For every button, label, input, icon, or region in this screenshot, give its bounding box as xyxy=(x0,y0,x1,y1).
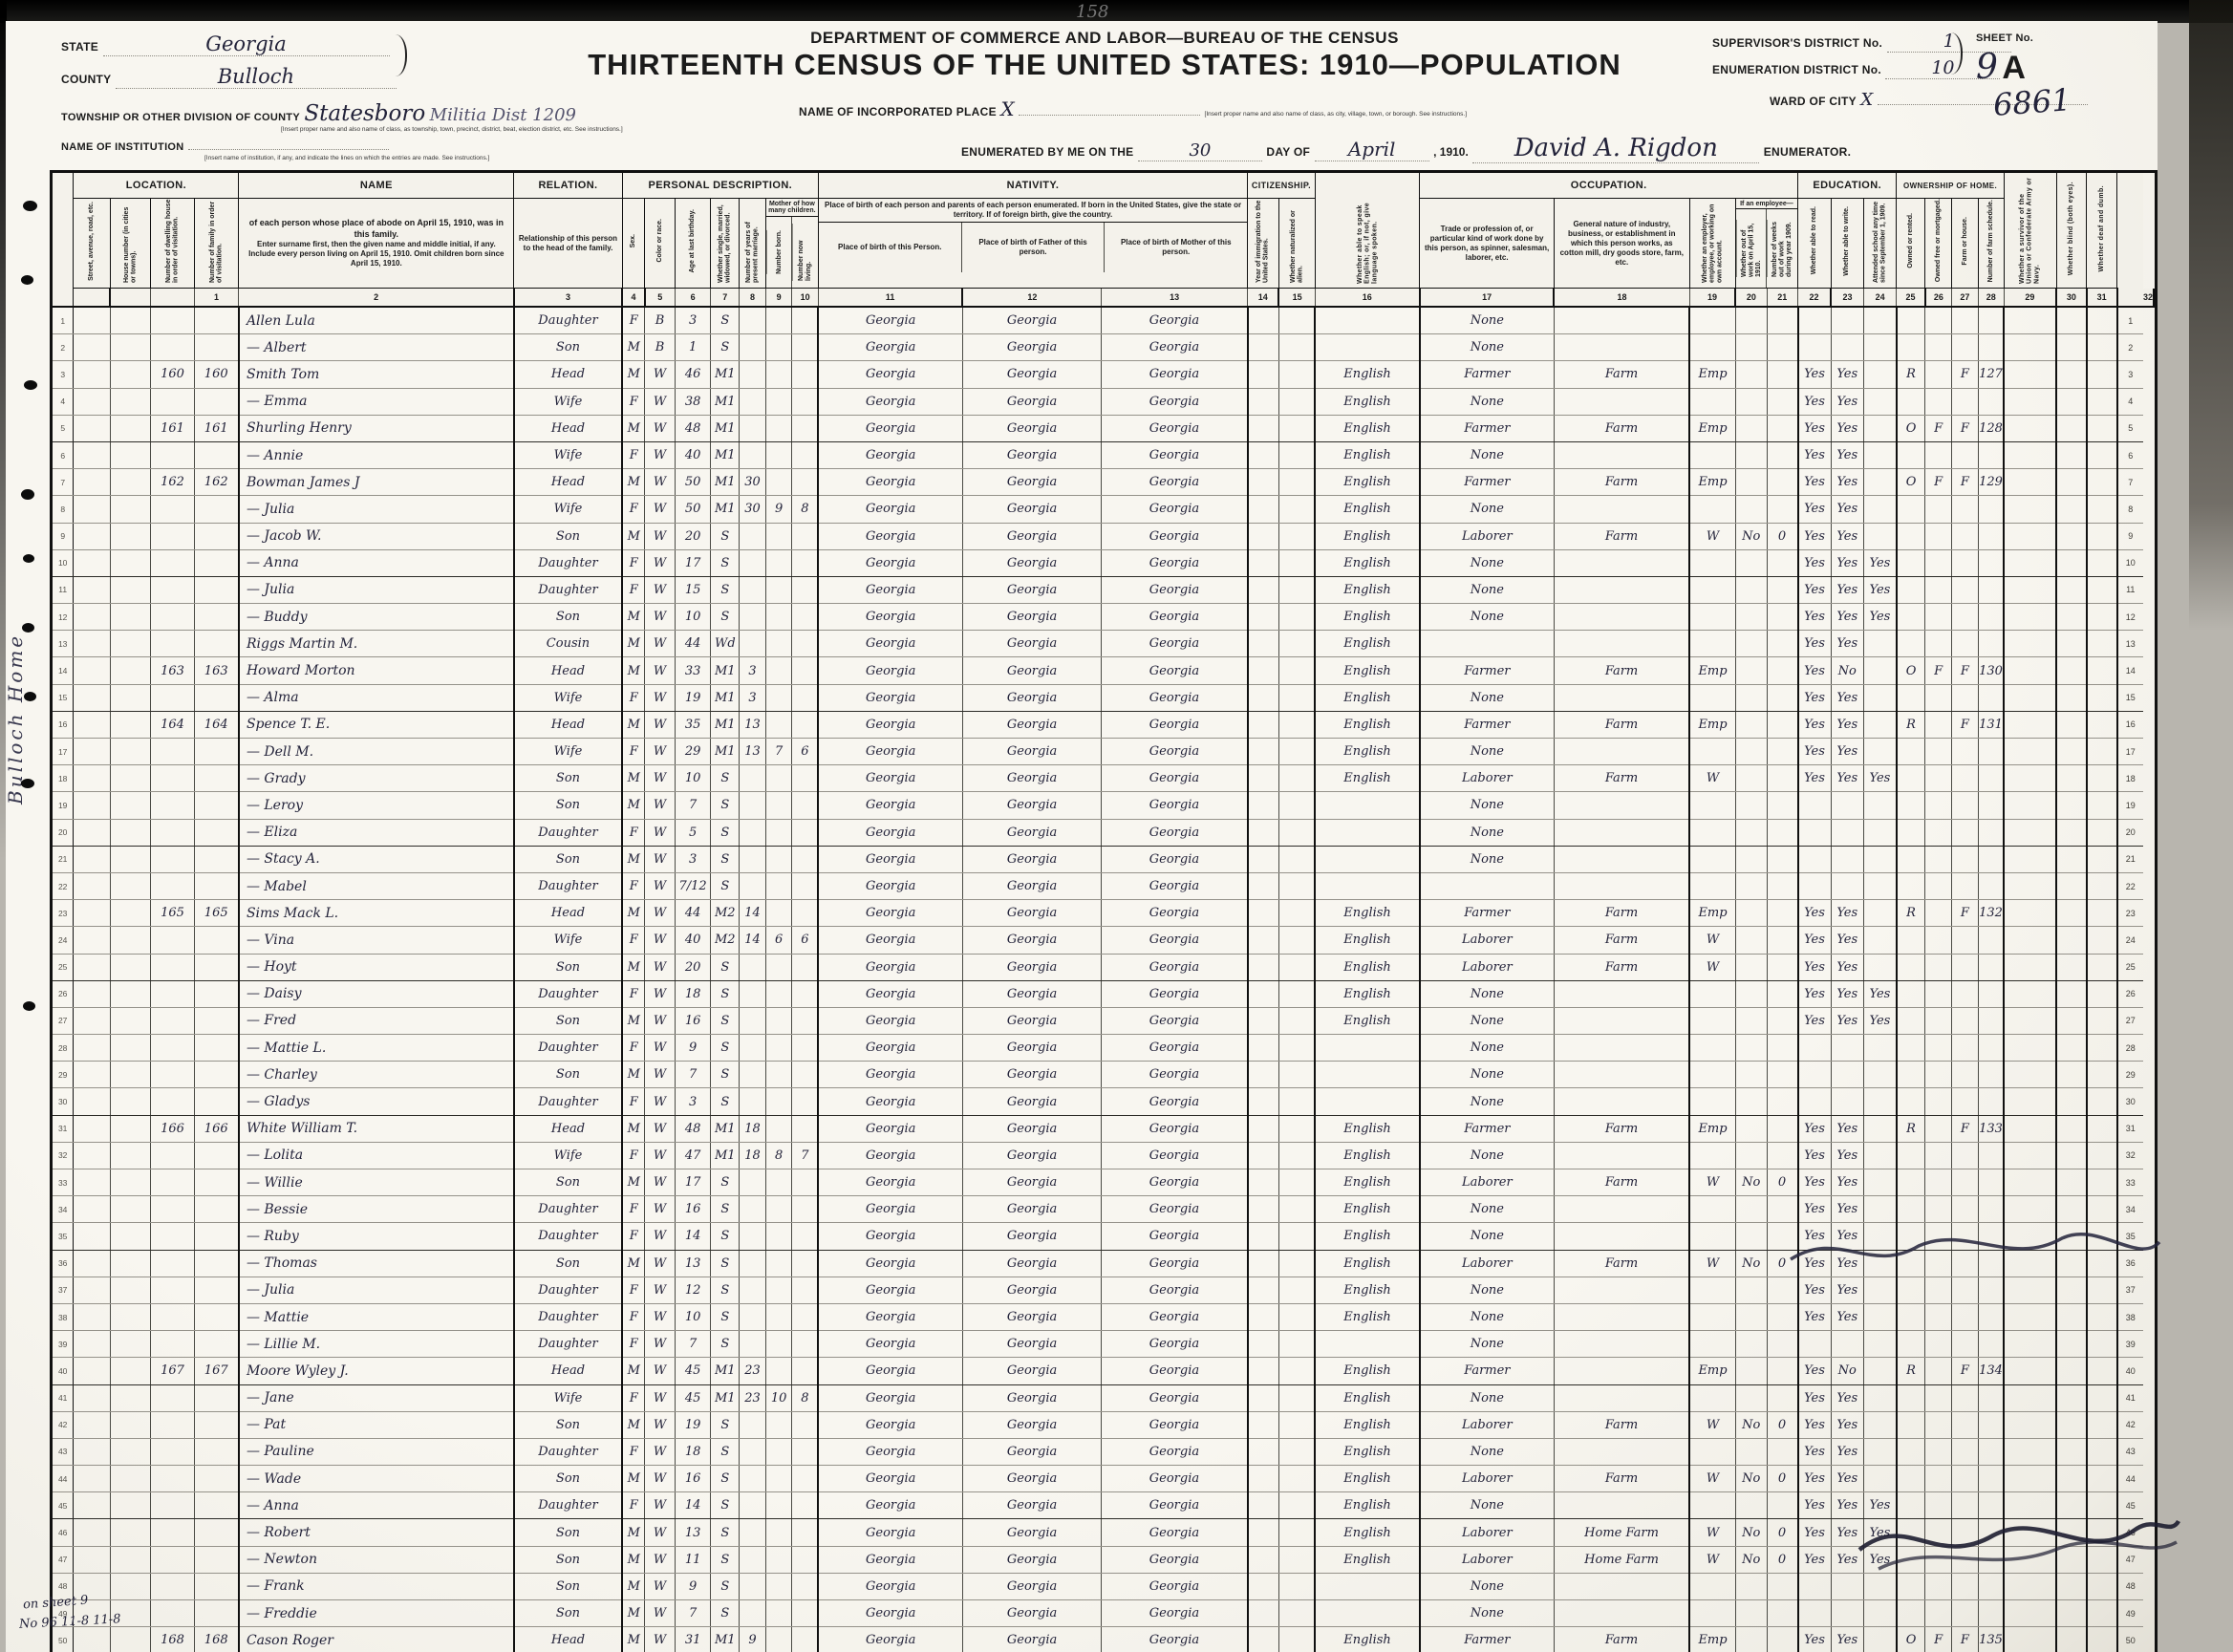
table-row: 8— JuliaWifeFW50M13098GeorgiaGeorgiaGeor… xyxy=(52,496,2157,523)
cell: Georgia xyxy=(1102,1519,1248,1546)
cell xyxy=(74,927,110,954)
cell: 168 xyxy=(151,1627,194,1652)
cell: Georgia xyxy=(962,1142,1101,1169)
cell xyxy=(1925,739,1952,765)
cell xyxy=(1248,1546,1279,1573)
cell: English xyxy=(1315,1223,1420,1250)
cell: 33 xyxy=(675,657,711,684)
cell xyxy=(151,1277,194,1303)
cell xyxy=(1767,1303,1798,1330)
cell: W xyxy=(645,711,675,738)
cell xyxy=(2087,1169,2117,1196)
cell xyxy=(194,1303,239,1330)
cell xyxy=(765,1277,792,1303)
cell: — Thomas xyxy=(239,1250,514,1277)
cell: Georgia xyxy=(1102,1303,1248,1330)
cell: W xyxy=(645,1627,675,1652)
cell xyxy=(1897,792,1925,819)
line-number: 26 xyxy=(2117,980,2143,1007)
cell xyxy=(1278,604,1315,631)
cell: Georgia xyxy=(818,334,962,361)
cell: F xyxy=(622,1223,645,1250)
line-number: 43 xyxy=(52,1438,74,1465)
cell xyxy=(110,1088,151,1115)
cell xyxy=(194,388,239,415)
cell xyxy=(1554,604,1689,631)
brace-decoration xyxy=(396,34,407,76)
table-row: 12— BuddySonMW10SGeorgiaGeorgiaGeorgiaEn… xyxy=(52,604,2157,631)
cell xyxy=(110,980,151,1007)
cell xyxy=(740,954,766,980)
cell: Georgia xyxy=(818,739,962,765)
cell xyxy=(1925,1062,1952,1088)
cell xyxy=(194,1411,239,1438)
cell: English xyxy=(1315,1007,1420,1034)
cell: Georgia xyxy=(962,469,1101,496)
cell xyxy=(1689,819,1735,846)
cell xyxy=(1278,1035,1315,1062)
cell: None xyxy=(1420,1492,1555,1519)
cell xyxy=(1248,576,1279,603)
cell xyxy=(1767,846,1798,872)
cell xyxy=(110,657,151,684)
cell xyxy=(110,1438,151,1465)
cell xyxy=(1951,334,1978,361)
cell xyxy=(1735,334,1767,361)
cell xyxy=(74,792,110,819)
cell xyxy=(765,1358,792,1384)
cell xyxy=(740,388,766,415)
table-row: 3160160Smith TomHeadMW46M1GeorgiaGeorgia… xyxy=(52,361,2157,388)
cell xyxy=(74,1142,110,1169)
cell xyxy=(2087,765,2117,792)
cell xyxy=(1315,792,1420,819)
cell xyxy=(792,980,818,1007)
cell xyxy=(2056,1627,2087,1652)
cell xyxy=(2087,1062,2117,1088)
cell: Yes xyxy=(1863,980,1896,1007)
cell xyxy=(1554,1062,1689,1088)
cell xyxy=(1897,1411,1925,1438)
cell xyxy=(1863,846,1896,872)
cell xyxy=(765,684,792,711)
day-of-label: DAY OF xyxy=(1266,145,1310,159)
cell: — Newton xyxy=(239,1546,514,1573)
cell: Georgia xyxy=(818,576,962,603)
cell xyxy=(1951,927,1978,954)
cell xyxy=(2056,388,2087,415)
cell xyxy=(2056,1142,2087,1169)
cell: Yes xyxy=(1798,496,1831,523)
cell: 15 xyxy=(675,576,711,603)
line-number: 14 xyxy=(2117,657,2143,684)
cell xyxy=(1798,1088,1831,1115)
cell xyxy=(74,388,110,415)
cell xyxy=(1798,1062,1831,1088)
cell: Georgia xyxy=(818,1062,962,1088)
cell: 3 xyxy=(740,684,766,711)
cell: 9 xyxy=(765,496,792,523)
cell: Yes xyxy=(1831,388,1863,415)
cell xyxy=(1767,1438,1798,1465)
cell xyxy=(151,1519,194,1546)
cell: Yes xyxy=(1798,1115,1831,1142)
col-color: Color or race. xyxy=(645,199,675,289)
cell: English xyxy=(1315,1358,1420,1384)
cell xyxy=(2087,441,2117,468)
cell xyxy=(1863,1384,1896,1411)
cell: Daughter xyxy=(514,1223,622,1250)
cell: None xyxy=(1420,549,1555,576)
cell xyxy=(1863,307,1896,334)
cell: None xyxy=(1420,1384,1555,1411)
cell xyxy=(194,792,239,819)
cell xyxy=(1978,1035,2004,1062)
table-row: 26— DaisyDaughterFW18SGeorgiaGeorgiaGeor… xyxy=(52,980,2157,1007)
cell: English xyxy=(1315,1384,1420,1411)
cell: English xyxy=(1315,765,1420,792)
cell: 38 xyxy=(675,388,711,415)
cell: Emp xyxy=(1689,361,1735,388)
cell xyxy=(74,1438,110,1465)
table-row: 46— RobertSonMW13SGeorgiaGeorgiaGeorgiaE… xyxy=(52,1519,2157,1546)
cell: Georgia xyxy=(1102,1062,1248,1088)
cell xyxy=(1315,1062,1420,1088)
cell xyxy=(1278,1627,1315,1652)
cell xyxy=(1897,954,1925,980)
cell xyxy=(194,1062,239,1088)
cell: 6 xyxy=(792,739,818,765)
cell xyxy=(1248,1277,1279,1303)
cell xyxy=(2056,415,2087,441)
cell xyxy=(110,496,151,523)
column-number: 16 xyxy=(1315,289,1420,308)
cell: Georgia xyxy=(818,1250,962,1277)
cell: Georgia xyxy=(1102,1035,1248,1062)
cell xyxy=(1278,361,1315,388)
cell: Laborer xyxy=(1420,1466,1555,1492)
group-name: NAME xyxy=(239,172,514,199)
cell: Georgia xyxy=(818,792,962,819)
cell xyxy=(110,576,151,603)
cell xyxy=(1767,415,1798,441)
cell: F xyxy=(1925,415,1952,441)
cell: M1 xyxy=(711,657,740,684)
cell: M1 xyxy=(711,1142,740,1169)
cell xyxy=(2004,1169,2056,1196)
cell: R xyxy=(1897,900,1925,927)
cell: W xyxy=(645,1358,675,1384)
cell xyxy=(1735,1600,1767,1627)
line-number: 40 xyxy=(52,1358,74,1384)
cell xyxy=(2004,1303,2056,1330)
cell xyxy=(74,1519,110,1546)
cell xyxy=(2087,604,2117,631)
cell: W xyxy=(645,1384,675,1411)
cell xyxy=(1951,1384,1978,1411)
cell: O xyxy=(1897,469,1925,496)
column-number: 24 xyxy=(1863,289,1896,308)
cell xyxy=(1248,361,1279,388)
cell xyxy=(110,711,151,738)
cell xyxy=(110,1546,151,1573)
cell: — Emma xyxy=(239,388,514,415)
cell xyxy=(2087,711,2117,738)
cell xyxy=(792,846,818,872)
ink-blot xyxy=(21,489,34,500)
line-number: 3 xyxy=(2117,361,2143,388)
cell xyxy=(2004,523,2056,549)
column-number: 18 xyxy=(1554,289,1689,308)
incorporated-note: [Insert proper name and also name of cla… xyxy=(1205,111,1467,118)
cell xyxy=(740,1438,766,1465)
cell: Yes xyxy=(1831,711,1863,738)
col-owned: Owned or rented. xyxy=(1897,199,1925,289)
cell: S xyxy=(711,1438,740,1465)
cell xyxy=(1735,415,1767,441)
cell xyxy=(1735,1492,1767,1519)
cell: Yes xyxy=(1831,1438,1863,1465)
table-row: 7162162Bowman James JHeadMW50M130Georgia… xyxy=(52,469,2157,496)
cell xyxy=(1798,872,1831,899)
cell: F xyxy=(622,1088,645,1115)
cell xyxy=(792,900,818,927)
cell: Yes xyxy=(1831,496,1863,523)
line-number: 11 xyxy=(52,576,74,603)
cell: Head xyxy=(514,1358,622,1384)
ink-blot xyxy=(23,1001,35,1011)
cell: 16 xyxy=(675,1466,711,1492)
cell xyxy=(1554,1573,1689,1599)
cell xyxy=(1278,496,1315,523)
cell xyxy=(2087,549,2117,576)
cell: Daughter xyxy=(514,1277,622,1303)
cell: S xyxy=(711,1573,740,1599)
cell: M1 xyxy=(711,1115,740,1142)
cell xyxy=(2056,765,2087,792)
cell: W xyxy=(645,1223,675,1250)
cell xyxy=(765,576,792,603)
cell xyxy=(1863,1035,1896,1062)
cell: Georgia xyxy=(818,388,962,415)
cell xyxy=(110,1062,151,1088)
cell xyxy=(765,1466,792,1492)
cell: F xyxy=(622,1303,645,1330)
line-number: 45 xyxy=(52,1492,74,1519)
cell: — Gladys xyxy=(239,1088,514,1115)
cell xyxy=(1278,1169,1315,1196)
column-number: 10 xyxy=(792,289,818,308)
cell: F xyxy=(622,1277,645,1303)
cell: Georgia xyxy=(818,549,962,576)
cell: Georgia xyxy=(818,1115,962,1142)
ink-blot xyxy=(23,201,37,211)
cell: M xyxy=(622,334,645,361)
cell: Son xyxy=(514,765,622,792)
cell xyxy=(1831,819,1863,846)
line-number: 2 xyxy=(2117,334,2143,361)
cell: Emp xyxy=(1689,415,1735,441)
cell: W xyxy=(1689,765,1735,792)
cell xyxy=(1767,1088,1798,1115)
cell: Georgia xyxy=(1102,631,1248,657)
cell xyxy=(74,1035,110,1062)
cell: Georgia xyxy=(962,1223,1101,1250)
column-number xyxy=(2154,289,2157,308)
cell: — Hoyt xyxy=(239,954,514,980)
cell: Farmer xyxy=(1420,1115,1555,1142)
cell: Georgia xyxy=(962,631,1101,657)
cell: Yes xyxy=(1798,388,1831,415)
cell xyxy=(1554,980,1689,1007)
cell: No xyxy=(1735,1546,1767,1573)
cell xyxy=(194,1142,239,1169)
cell xyxy=(110,819,151,846)
cell xyxy=(1925,1466,1952,1492)
cell: 165 xyxy=(194,900,239,927)
scan-top-edge xyxy=(0,0,2233,23)
cell xyxy=(765,1411,792,1438)
cell: W xyxy=(645,739,675,765)
column-number: 30 xyxy=(2056,289,2087,308)
cell: — Buddy xyxy=(239,604,514,631)
table-row: 6— AnnieWifeFW40M1GeorgiaGeorgiaGeorgiaE… xyxy=(52,441,2157,468)
cell xyxy=(740,631,766,657)
cell xyxy=(2004,765,2056,792)
cell xyxy=(1925,604,1952,631)
cell: Yes xyxy=(1798,684,1831,711)
cell: Yes xyxy=(1831,441,1863,468)
cell xyxy=(1798,819,1831,846)
cell xyxy=(740,1277,766,1303)
cell: Georgia xyxy=(1102,1250,1248,1277)
cell: W xyxy=(645,1062,675,1088)
cell: Georgia xyxy=(962,1466,1101,1492)
cell xyxy=(2056,846,2087,872)
cell: Yes xyxy=(1798,1142,1831,1169)
column-number: 17 xyxy=(1420,289,1555,308)
cell: M xyxy=(622,1573,645,1599)
cell: Georgia xyxy=(962,900,1101,927)
cell xyxy=(1248,684,1279,711)
cell: 160 xyxy=(194,361,239,388)
cell xyxy=(1863,927,1896,954)
group-education: EDUCATION. xyxy=(1798,172,1897,199)
cell: Georgia xyxy=(962,1088,1101,1115)
cell xyxy=(1798,792,1831,819)
cell: 3 xyxy=(740,657,766,684)
cell: Georgia xyxy=(962,1411,1101,1438)
cell xyxy=(765,819,792,846)
cell: Georgia xyxy=(1102,307,1248,334)
enumerated-month: April xyxy=(1348,138,1396,161)
cell xyxy=(2004,1627,2056,1652)
cell: 3 xyxy=(675,1088,711,1115)
cell: Georgia xyxy=(1102,1466,1248,1492)
cell xyxy=(74,1223,110,1250)
cell: Georgia xyxy=(962,307,1101,334)
line-number: 34 xyxy=(52,1196,74,1223)
line-number: 7 xyxy=(2117,469,2143,496)
cell: Georgia xyxy=(962,1358,1101,1384)
column-number: 32 xyxy=(2143,289,2154,308)
table-row: 42— PatSonMW19SGeorgiaGeorgiaGeorgiaEngl… xyxy=(52,1411,2157,1438)
cell xyxy=(1735,1035,1767,1062)
cell xyxy=(1248,846,1279,872)
cell: Georgia xyxy=(962,1438,1101,1465)
cell xyxy=(1978,765,2004,792)
cell: M1 xyxy=(711,711,740,738)
cell: W xyxy=(645,765,675,792)
column-number: 4 xyxy=(622,289,645,308)
cell xyxy=(792,1035,818,1062)
line-number: 23 xyxy=(2117,900,2143,927)
cell xyxy=(1554,684,1689,711)
cell xyxy=(792,1303,818,1330)
cell xyxy=(1278,1088,1315,1115)
cell: 131 xyxy=(1978,711,2004,738)
cell: 14 xyxy=(675,1492,711,1519)
line-number: 32 xyxy=(52,1142,74,1169)
cell: W xyxy=(645,1115,675,1142)
cell xyxy=(2056,576,2087,603)
cell xyxy=(1735,846,1767,872)
cell xyxy=(1278,334,1315,361)
table-row: 1Allen LulaDaughterFB3SGeorgiaGeorgiaGeo… xyxy=(52,307,2157,334)
cell xyxy=(1925,684,1952,711)
cell: Georgia xyxy=(1102,361,1248,388)
cell: Daughter xyxy=(514,1196,622,1223)
cell: Georgia xyxy=(1102,1169,1248,1196)
cell xyxy=(110,1277,151,1303)
cell: — Freddie xyxy=(239,1600,514,1627)
cell: 31 xyxy=(675,1627,711,1652)
cell xyxy=(1278,900,1315,927)
line-number: 21 xyxy=(2117,846,2143,872)
cell xyxy=(1798,846,1831,872)
cell xyxy=(1420,631,1555,657)
cell xyxy=(1767,361,1798,388)
cell xyxy=(1897,576,1925,603)
cell xyxy=(1925,523,1952,549)
cell xyxy=(1863,792,1896,819)
cell: Yes xyxy=(1798,1438,1831,1465)
cell: Son xyxy=(514,792,622,819)
cell: Georgia xyxy=(818,684,962,711)
cell: 16 xyxy=(675,1007,711,1034)
cell xyxy=(1925,792,1952,819)
cell: Georgia xyxy=(818,1035,962,1062)
township-value-2: Militia Dist 1209 xyxy=(430,105,576,125)
cell xyxy=(740,549,766,576)
column-number xyxy=(74,289,110,308)
cell xyxy=(765,711,792,738)
cell xyxy=(1735,765,1767,792)
cell xyxy=(1554,549,1689,576)
table-row: 29— CharleySonMW7SGeorgiaGeorgiaGeorgiaN… xyxy=(52,1062,2157,1088)
cell xyxy=(2004,1466,2056,1492)
cell xyxy=(1248,1062,1279,1088)
cell: Head xyxy=(514,415,622,441)
cell xyxy=(1831,1035,1863,1062)
cell xyxy=(2004,1142,2056,1169)
cell xyxy=(1248,1303,1279,1330)
cell xyxy=(1897,765,1925,792)
cell xyxy=(765,1169,792,1196)
cell: Georgia xyxy=(962,1331,1101,1358)
cell: W xyxy=(645,1169,675,1196)
line-number: 9 xyxy=(2117,523,2143,549)
